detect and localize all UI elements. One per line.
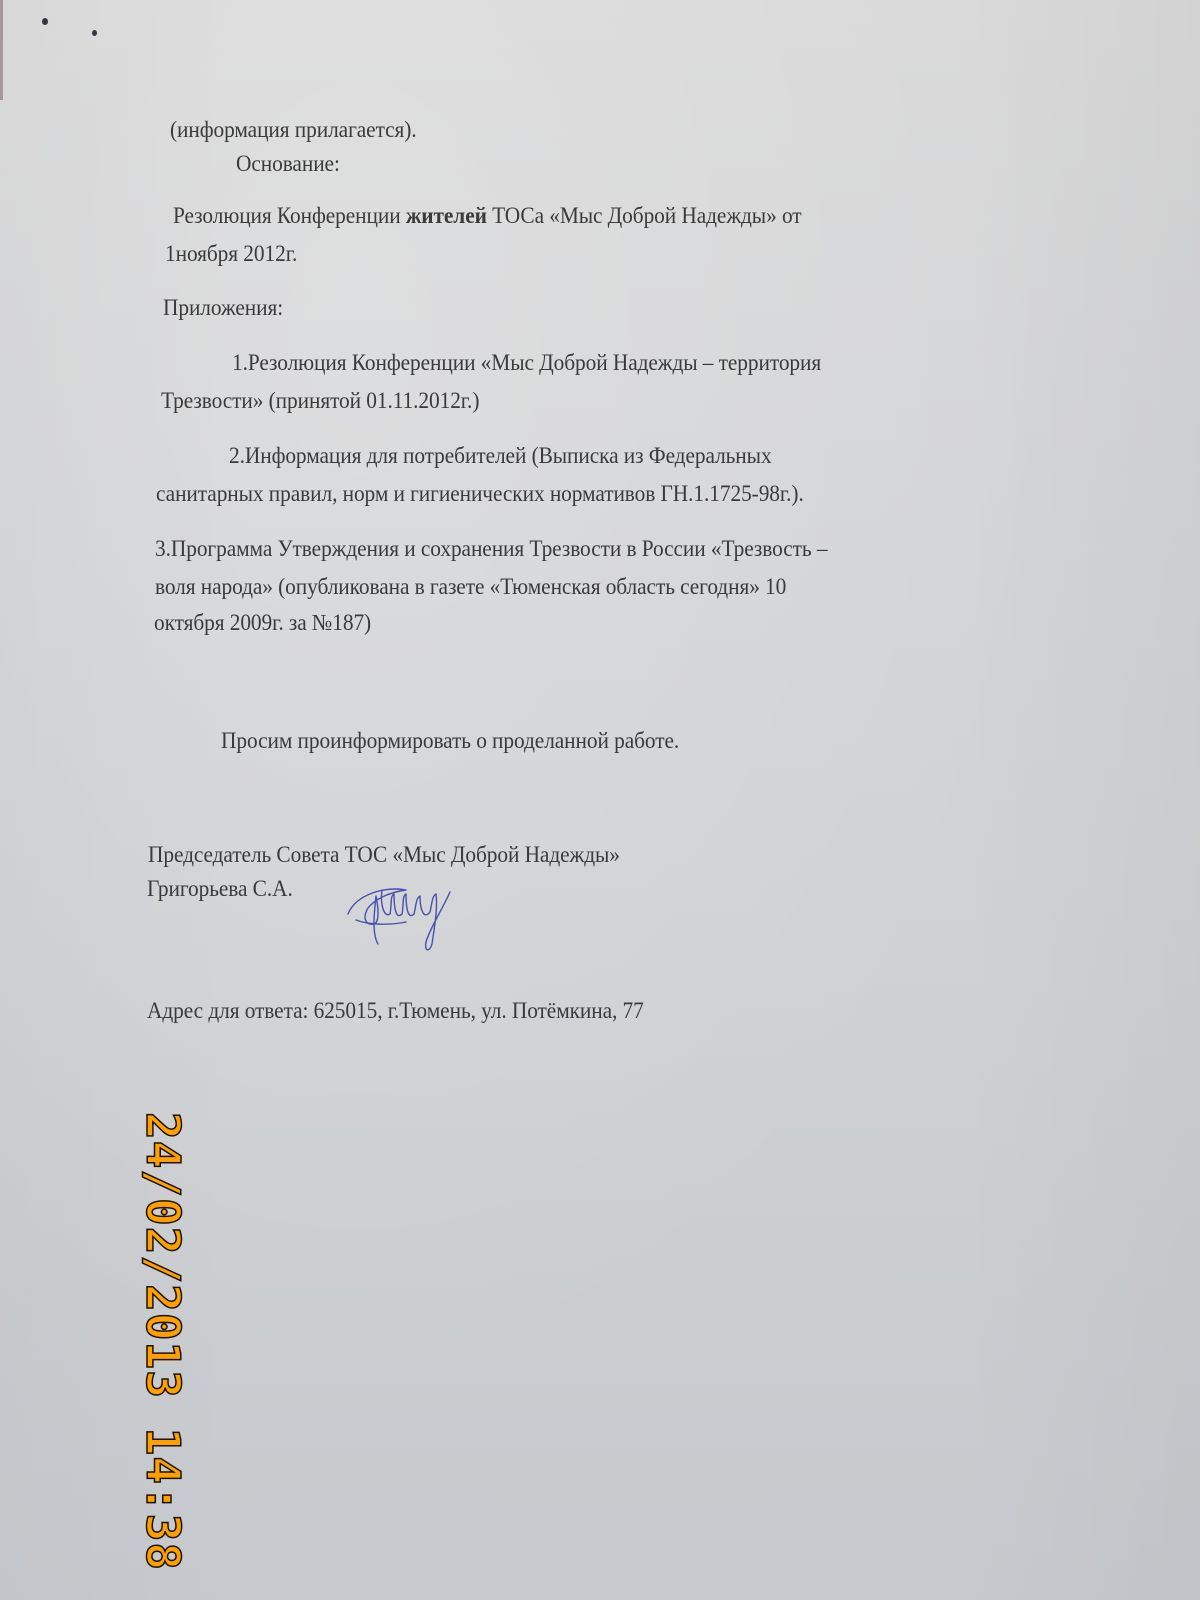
camera-date-stamp: 24/02/2013 14:38 <box>136 1112 190 1571</box>
basis-text-post: ТОСа «Мыс Доброй Надежды» от <box>487 203 802 228</box>
basis-text-line2: 1ноября 2012г. <box>165 240 297 268</box>
handwritten-signature <box>346 884 466 956</box>
info-attached-text: (информация прилагается). <box>170 116 417 144</box>
appendix-1-line1: 1.Резолюция Конференции «Мыс Доброй Наде… <box>232 349 821 377</box>
appendix-3-line2: воля народа» (опубликована в газете «Тюм… <box>155 573 786 601</box>
reply-address: Адрес для ответа: 625015, г.Тюмень, ул. … <box>147 997 644 1025</box>
ink-speck <box>42 18 48 25</box>
appendix-3-line3: октября 2009г. за №187) <box>154 609 371 637</box>
appendix-1-line2: Трезвости» (принятой 01.11.2012г.) <box>161 387 479 415</box>
appendix-2-line1: 2.Информация для потребителей (Выписка и… <box>229 442 772 470</box>
signatory-name: Григорьева С.А. <box>147 875 293 903</box>
paper-edge <box>0 0 3 100</box>
basis-text-pre: Резолюция Конференции <box>173 203 406 228</box>
appendix-2-line2: санитарных правил, норм и гигиенических … <box>156 480 804 508</box>
signatory-title: Председатель Совета ТОС «Мыс Доброй Наде… <box>148 841 620 869</box>
basis-text: Резолюция Конференции жителей ТОСа «Мыс … <box>173 202 802 230</box>
basis-label: Основание: <box>236 150 340 178</box>
ink-speck <box>92 30 97 36</box>
request-text: Просим проинформировать о проделанной ра… <box>221 727 679 755</box>
appendices-label: Приложения: <box>163 294 283 322</box>
appendix-3-line1: 3.Программа Утверждения и сохранения Тре… <box>155 535 827 563</box>
basis-text-bold: жителей <box>406 203 487 228</box>
